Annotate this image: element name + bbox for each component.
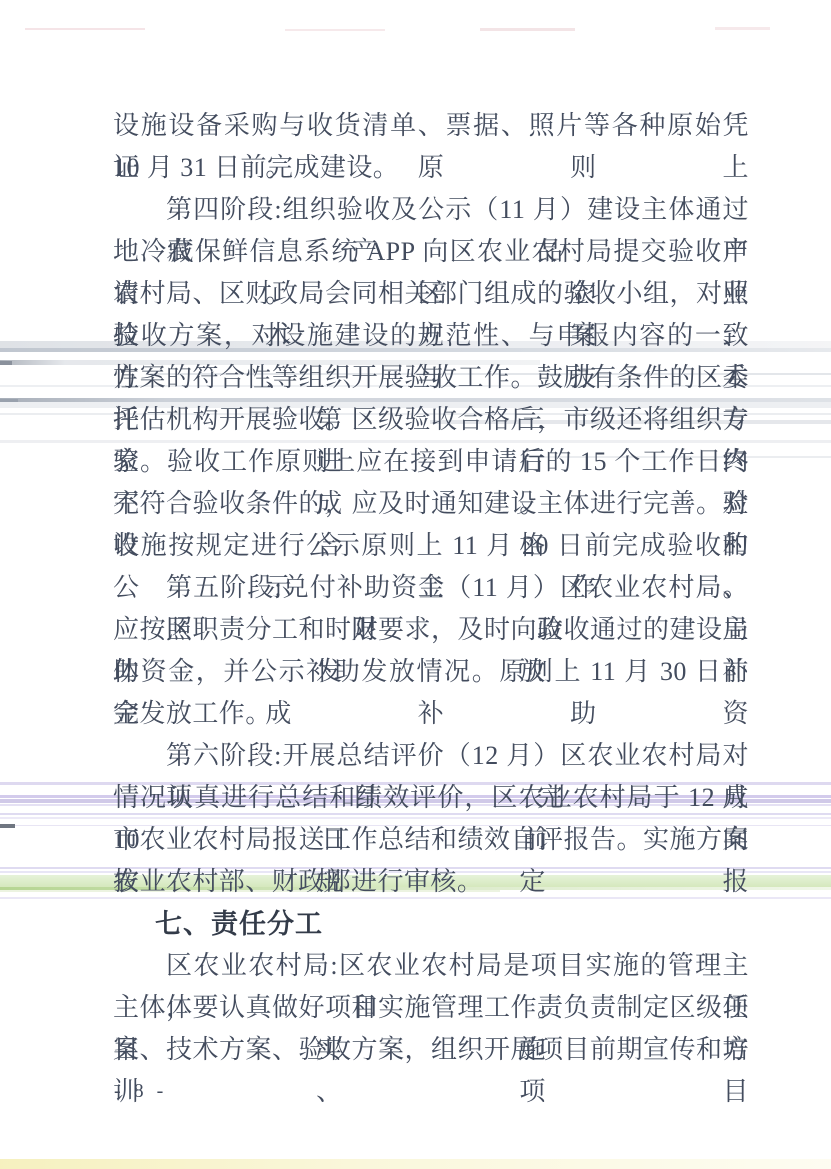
- scan-artifact-dark-dash: [0, 399, 18, 402]
- text-line: 设施设备采购与收货清单、票据、照片等各种原始凭证。原则上: [113, 105, 749, 147]
- scan-artifact-dark-dash: [0, 824, 15, 828]
- text-line: 不符合验收条件的，应及时通知建设主体进行完善。验收合格的: [113, 483, 749, 525]
- text-line: 农村局、区财政局会同相关部门组成的验收小组，对照技术方案、: [113, 273, 749, 315]
- text-line: 验收方案，对设施建设的规范性、与申报内容的一致性、与技术: [113, 315, 749, 357]
- text-line: 方案的符合性等组织开展验收工作。鼓励有条件的区委托第三方: [113, 357, 749, 399]
- text-line: 第四阶段:组织验收及公示（11 月）建设主体通过农产品产: [113, 189, 749, 231]
- scan-artifact-yellow-strip: [0, 1159, 831, 1169]
- text-line: 设施按规定进行公示原则上 11 月 20 日前完成验收和公示工作。: [113, 525, 749, 567]
- text-line: 地冷藏保鲜信息系统 APP 向区农业农村局提交验收申请。区农业: [113, 231, 749, 273]
- scan-artifact-dark-dash: [0, 361, 12, 365]
- text-line: 区农业农村局:区农业农村局是项目实施的管理主体和责任: [113, 945, 749, 987]
- text-line: 主体，要认真做好项目实施管理工作。负责制定区级项目实施方: [113, 987, 749, 1029]
- scan-artifact-pink-dash: [715, 27, 770, 30]
- text-line: 第六阶段:开展总结评价（12 月）区农业农村局对项目完成: [113, 735, 749, 777]
- text-line: 第五阶段:兑付补助资金（11 月）区农业农村局、区财政局: [113, 567, 749, 609]
- scanned-document-page: 设施设备采购与收货清单、票据、照片等各种原始凭证。原则上10 月 31 日前完成…: [0, 0, 831, 1169]
- section-heading: 七、责任分工: [113, 903, 749, 945]
- text-line: 情况认真进行总结和绩效评价，区农业农村局于 12 月 10 日前向: [113, 777, 749, 819]
- text-line: 应按照职责分工和时限要求，及时向验收通过的建设主体发放补: [113, 609, 749, 651]
- text-line: 市农业农村局报送工作总结和绩效自评报告。实施方案按规定报: [113, 819, 749, 861]
- scan-artifact-pink-dash: [285, 29, 385, 31]
- page-number: - 8 -: [114, 1080, 167, 1103]
- scan-artifact-pink-dash: [480, 28, 575, 31]
- scan-artifact-pink-dash: [25, 28, 145, 30]
- text-line: 案、技术方案、验收方案，组织开展项目前期宣传和培训、项目: [113, 1029, 749, 1071]
- text-line: 评估机构开展验收。区级验收合格后，市级还将组织专家进行终: [113, 399, 749, 441]
- body-text: 设施设备采购与收货清单、票据、照片等各种原始凭证。原则上10 月 31 日前完成…: [113, 105, 749, 1071]
- text-line: 助资金，并公示补助发放情况。原则上 11 月 30 日前完成补助资: [113, 651, 749, 693]
- text-line: 验。验收工作原则上应在接到申请后的 15 个工作日内完成。对: [113, 441, 749, 483]
